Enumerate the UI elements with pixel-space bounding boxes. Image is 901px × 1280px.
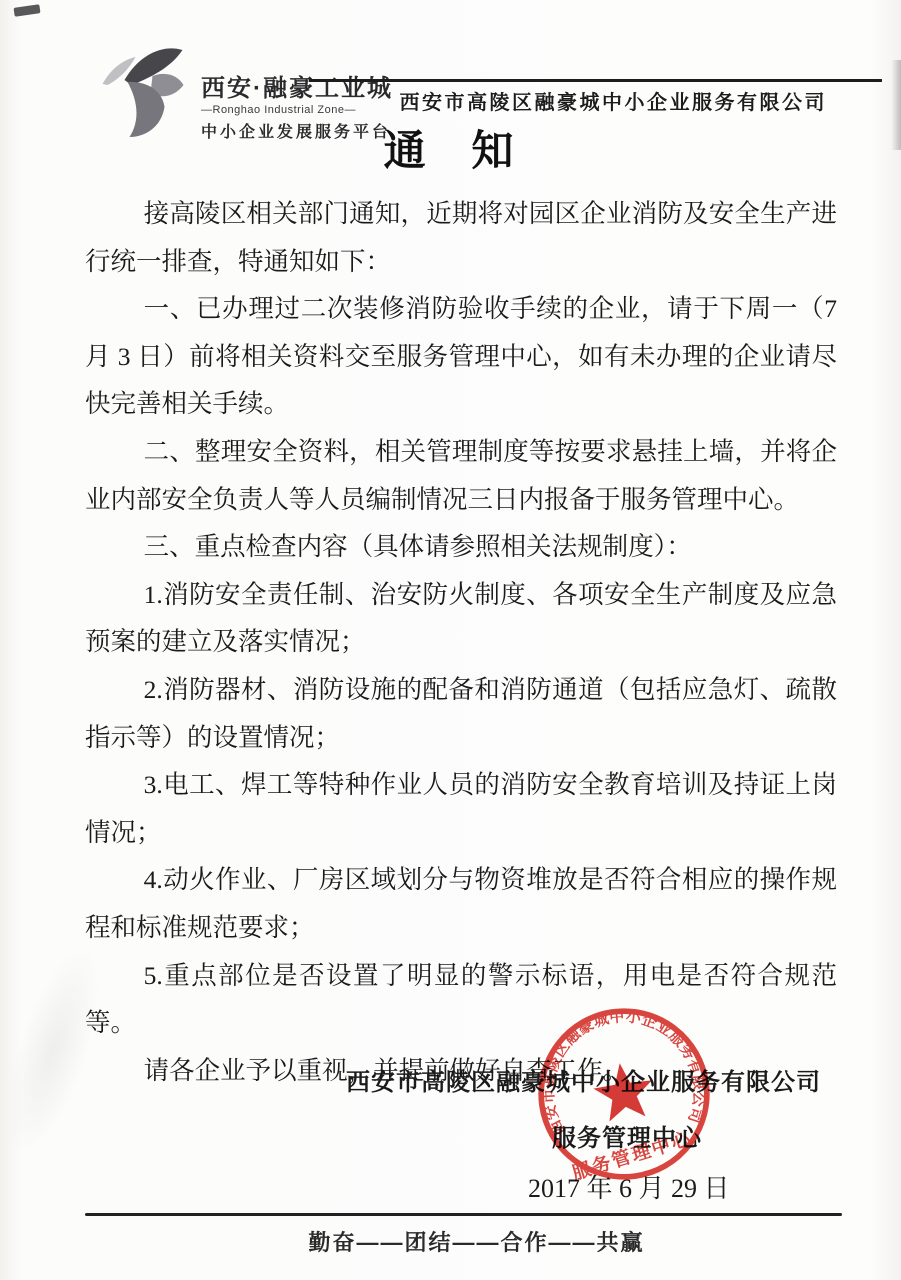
paragraph-item-2: 二、整理安全资料，相关管理制度等按要求悬挂上墙，并将企业内部安全负责人等人员编制… <box>85 428 837 523</box>
paragraph-check-3: 3.电工、焊工等特种作业人员的消防安全教育培训及持证上岗情况； <box>85 761 837 856</box>
logo-name-en: —Ronghao Industrial Zone— <box>201 104 393 116</box>
notice-document-page: 西安·融豪工业城 —Ronghao Industrial Zone— 中小企业发… <box>0 0 901 1280</box>
footer-slogan: 勤奋——团结——合作——共赢 <box>26 1226 901 1257</box>
paragraph-check-1: 1.消防安全责任制、治安防火制度、各项安全生产制度及应急预案的建立及落实情况； <box>85 571 837 666</box>
paragraph-item-3: 三、重点检查内容（具体请参照相关法规制度）： <box>85 523 837 571</box>
notice-body: 接高陵区相关部门通知，近期将对园区企业消防及安全生产进行统一排查，特通知如下： … <box>85 190 837 1094</box>
header-divider-line <box>309 79 882 82</box>
footer-divider-line <box>85 1213 842 1216</box>
paragraph-item-1: 一、已办理过二次装修消防验收手续的企业，请于下周一（7 月 3 日）前将相关资料… <box>85 285 837 428</box>
logo-name-cn: 西安·融豪工业城 <box>201 68 393 103</box>
paragraph-check-5: 5.重点部位是否设置了明显的警示标语，用电是否符合规范等。 <box>85 952 837 1047</box>
paragraph-intro: 接高陵区相关部门通知，近期将对园区企业消防及安全生产进行统一排查，特通知如下： <box>85 190 837 285</box>
scan-artifact-speck <box>14 4 41 17</box>
document-title: 通 知 <box>0 118 901 178</box>
header-company-name: 西安市高陵区融豪城中小企业服务有限公司 <box>400 86 828 115</box>
paragraph-check-2: 2.消防器材、消防设施的配备和消防通道（包括应急灯、疏散指示等）的设置情况； <box>85 666 837 761</box>
paragraph-check-4: 4.动火作业、厂房区域划分与物资堆放是否符合相应的操作规程和标准规范要求； <box>85 856 837 951</box>
official-red-seal: 西安市高陵区融豪城中小企业服务有限公司 服务管理中心 <box>536 1006 712 1182</box>
seal-star-icon <box>590 1059 656 1123</box>
